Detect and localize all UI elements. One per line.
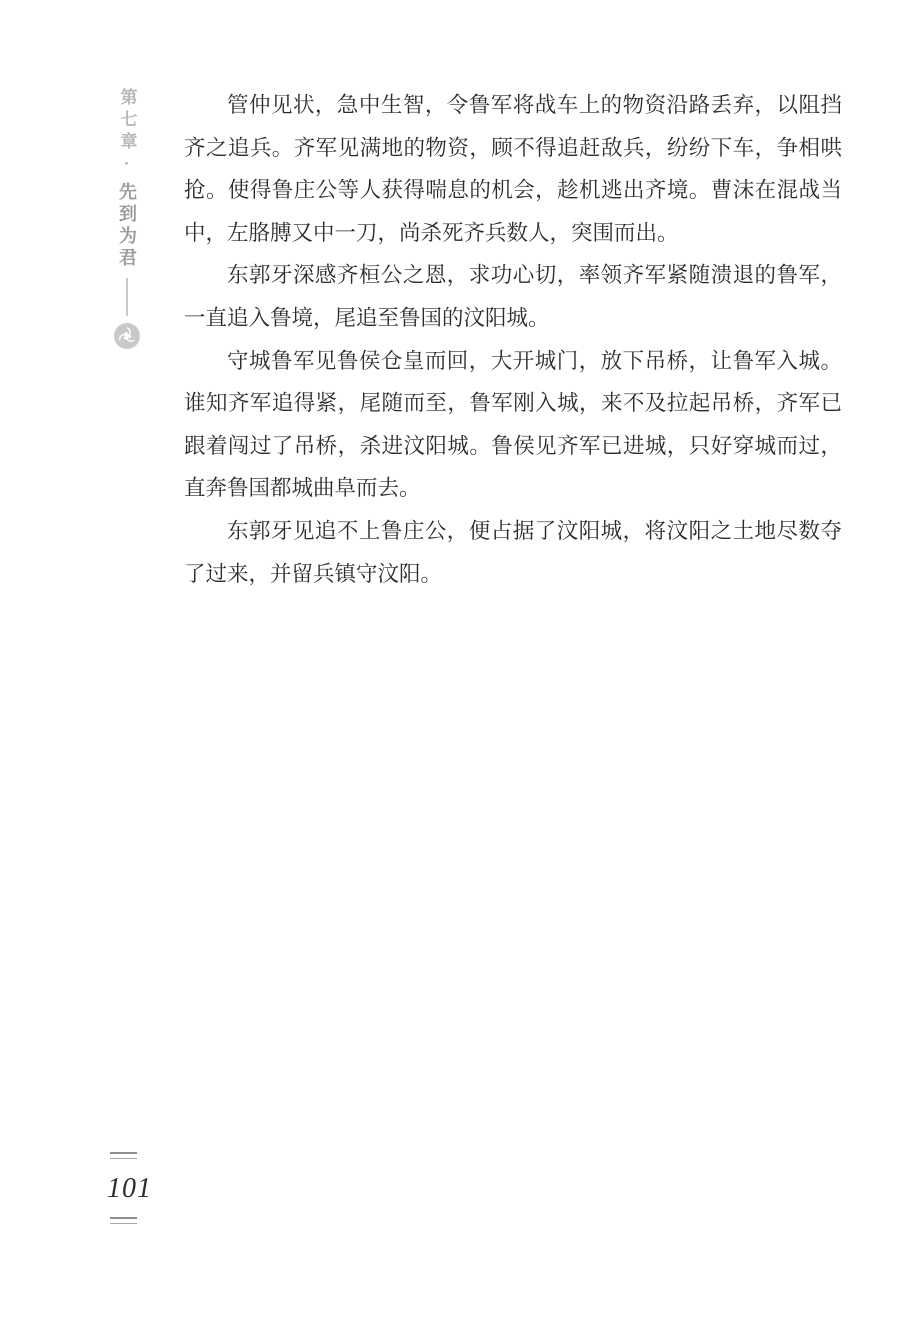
chapter-title-vertical: 先到为君 xyxy=(118,182,136,270)
folio-bottom-rule xyxy=(110,1217,137,1224)
page-number: 101 xyxy=(107,1173,167,1205)
paragraph-3: 守城鲁军见鲁侯仓皇而回，大开城门，放下吊桥，让鲁军入城。谁知齐军追得紧，尾随而至… xyxy=(184,340,842,510)
chapter-title-text: 先到为君 xyxy=(117,182,137,270)
vertical-dash-rule xyxy=(126,278,128,316)
book-page: 第七章· 先到为君 管仲见状，急中生智，令鲁军将战车上的物资沿路丢弃，以阻挡齐之… xyxy=(0,0,913,1338)
folio: 101 xyxy=(107,1152,167,1224)
chapter-number-vertical: 第七章· xyxy=(119,88,136,178)
chapter-sidebar: 第七章· 先到为君 xyxy=(108,88,146,350)
chapter-number-text: 第七章 xyxy=(118,88,137,154)
folio-top-rule xyxy=(110,1152,137,1159)
ornamental-seal-icon xyxy=(113,322,141,350)
chapter-separator: · xyxy=(118,154,137,178)
paragraph-2: 东郭牙深感齐桓公之恩，求功心切，率领齐军紧随溃退的鲁军，一直追入鲁境，尾追至鲁国… xyxy=(184,254,842,339)
paragraph-4: 东郭牙见追不上鲁庄公，便占据了汶阳城，将汶阳之土地尽数夺了过来，并留兵镇守汶阳。 xyxy=(184,510,842,595)
body-text-block: 管仲见状，急中生智，令鲁军将战车上的物资沿路丢弃，以阻挡齐之追兵。齐军见满地的物… xyxy=(184,84,842,595)
paragraph-1: 管仲见状，急中生智，令鲁军将战车上的物资沿路丢弃，以阻挡齐之追兵。齐军见满地的物… xyxy=(184,84,842,254)
